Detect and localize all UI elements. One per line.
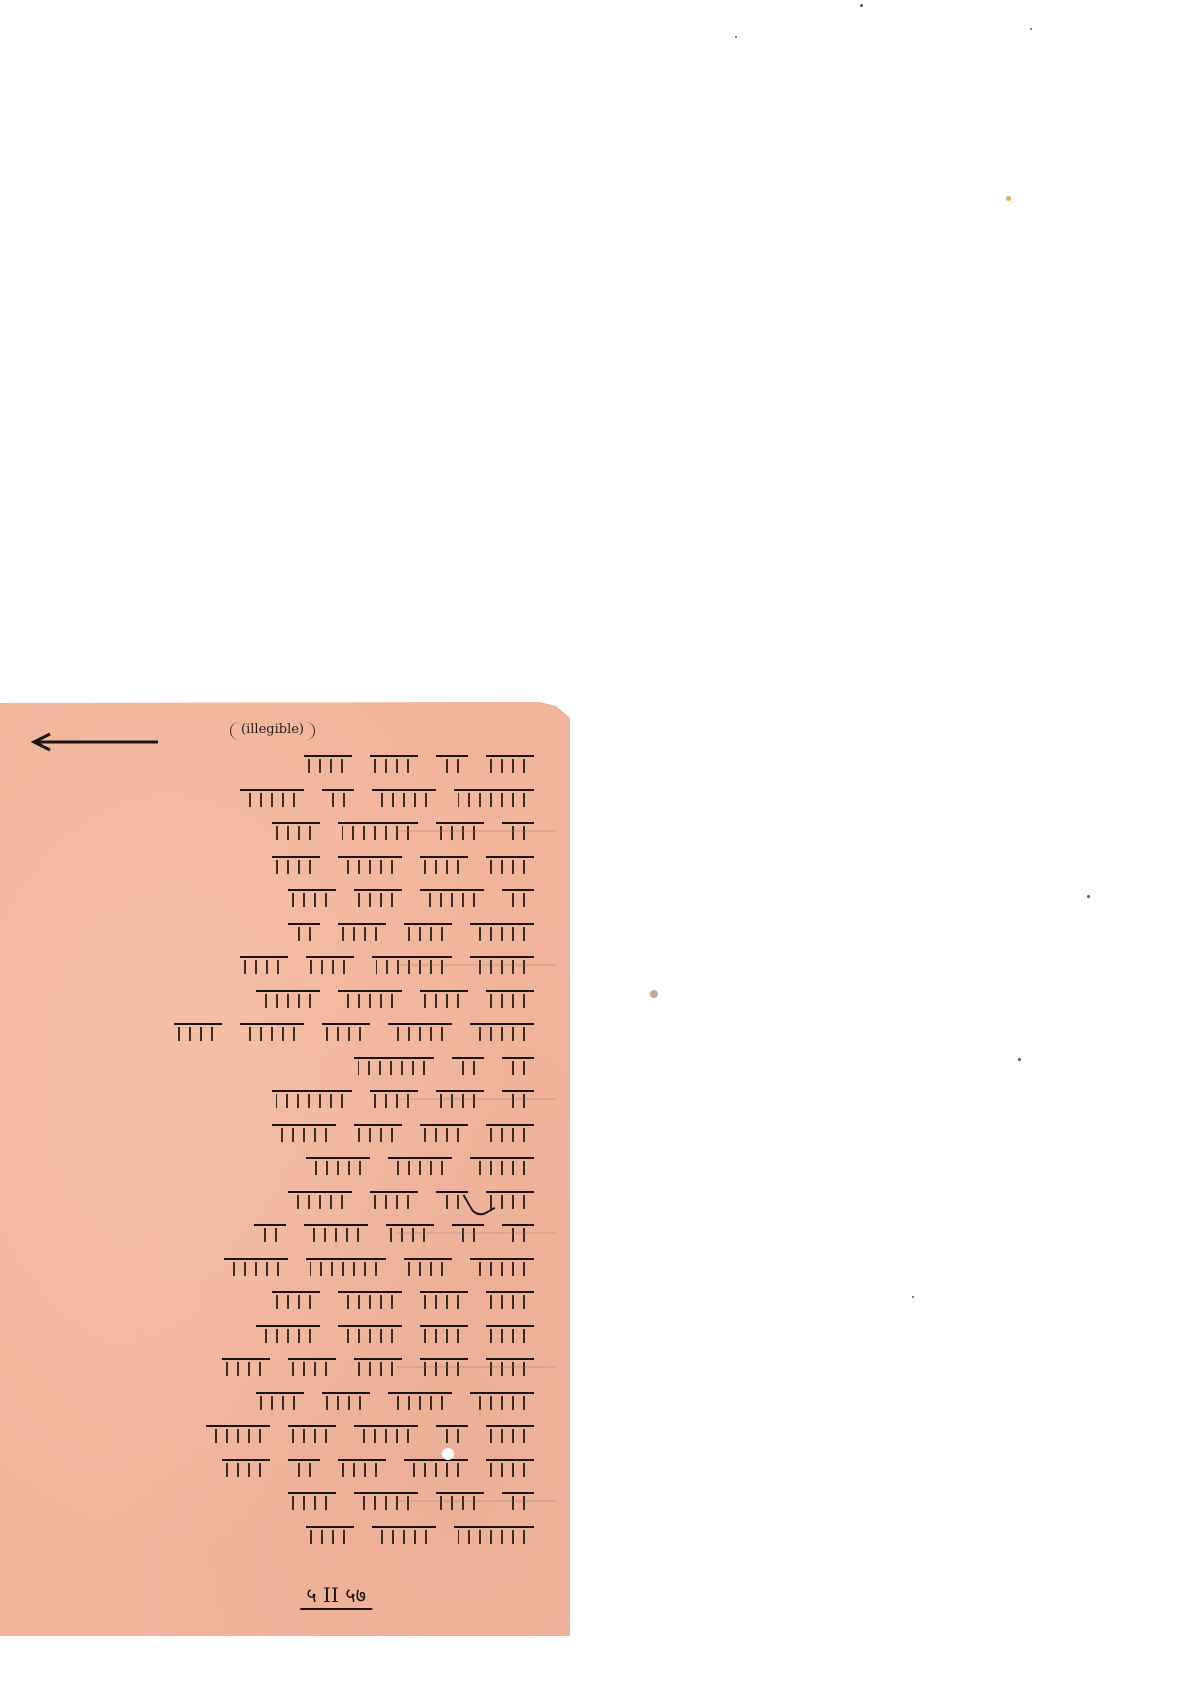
handwritten-word	[486, 1124, 534, 1144]
handwritten-word	[436, 1091, 484, 1111]
handwritten-word	[206, 1426, 270, 1446]
date-mark-text: ५ II ५७	[306, 1583, 366, 1607]
handwritten-word	[388, 1158, 452, 1178]
handwritten-word	[436, 823, 484, 843]
handwritten-word	[288, 923, 320, 943]
bleed-through-mark	[396, 1099, 556, 1101]
handwritten-word	[452, 1057, 484, 1077]
handwritten-word	[404, 1459, 468, 1479]
handwritten-line: handwritten line 6	[110, 1359, 534, 1389]
handwritten-word	[306, 1158, 370, 1178]
bracketed-note: (illegible)	[230, 722, 315, 740]
handwritten-word	[454, 789, 534, 809]
handwritten-line: handwritten line 20	[60, 890, 534, 920]
handwritten-word	[288, 1426, 336, 1446]
handwritten-word	[354, 1124, 402, 1144]
dust-speck	[650, 990, 658, 998]
handwritten-word	[486, 990, 534, 1010]
punch-hole	[442, 1448, 454, 1460]
bleed-through-mark	[396, 965, 556, 967]
handwritten-line: handwritten line 16	[90, 1024, 534, 1054]
handwritten-word	[452, 1225, 484, 1245]
handwritten-line: handwritten line 18	[110, 957, 534, 987]
bleed-through-mark	[396, 1233, 556, 1235]
handwritten-word	[322, 1024, 370, 1044]
handwritten-word	[486, 1325, 534, 1345]
handwritten-word	[338, 1459, 386, 1479]
handwritten-line: handwritten line 19	[90, 923, 534, 953]
handwritten-word	[372, 1526, 436, 1546]
handwritten-word	[354, 1359, 402, 1379]
handwritten-word	[174, 1024, 222, 1044]
handwritten-line: handwritten line 24	[110, 756, 534, 786]
bleed-through-mark	[396, 1367, 556, 1369]
handwritten-line: handwritten line 5	[60, 1392, 534, 1422]
handwritten-word	[288, 1493, 336, 1513]
handwritten-word	[470, 1024, 534, 1044]
handwritten-word	[470, 957, 534, 977]
handwritten-word	[502, 890, 534, 910]
handwritten-word	[420, 990, 468, 1010]
handwritten-word	[436, 756, 468, 776]
handwritten-word	[502, 1225, 534, 1245]
handwritten-word	[386, 1225, 434, 1245]
handwritten-word	[240, 957, 288, 977]
handwritten-word	[354, 1057, 434, 1077]
arrow-glyph: ←	[569, 1635, 570, 1636]
handwritten-word	[502, 1493, 534, 1513]
handwritten-word	[288, 1191, 352, 1211]
handwritten-line: handwritten line 17	[60, 990, 534, 1020]
handwritten-word	[254, 1225, 286, 1245]
handwritten-word	[338, 1292, 402, 1312]
handwritten-word	[388, 1392, 452, 1412]
handwritten-word	[470, 1258, 534, 1278]
handwritten-line: handwritten line 1	[90, 1526, 534, 1556]
dust-speck	[735, 36, 737, 38]
handwritten-word	[354, 1493, 418, 1513]
handwritten-word	[338, 856, 402, 876]
bracketed-note-text: (illegible)	[241, 722, 304, 737]
handwritten-word	[338, 990, 402, 1010]
dust-speck	[1018, 1058, 1021, 1061]
handwritten-word	[436, 1426, 468, 1446]
handwritten-word	[256, 1325, 320, 1345]
handwritten-word	[272, 856, 320, 876]
handwritten-word	[370, 1091, 418, 1111]
handwritten-word	[354, 890, 402, 910]
handwritten-word	[272, 1091, 352, 1111]
handwritten-word	[256, 1392, 304, 1412]
handwritten-word	[338, 823, 418, 843]
handwritten-word	[486, 1292, 534, 1312]
handwritten-word	[486, 856, 534, 876]
bleed-through-mark	[396, 831, 556, 833]
handwritten-word	[304, 756, 352, 776]
handwritten-word	[240, 789, 304, 809]
handwritten-word	[486, 756, 534, 776]
handwritten-line: handwritten line 12	[110, 1158, 534, 1188]
arrow-left-icon	[30, 732, 160, 752]
handwritten-line: handwritten line 15	[110, 1057, 534, 1087]
handwritten-word	[388, 1024, 452, 1044]
handwritten-word	[420, 1292, 468, 1312]
handwritten-word	[306, 957, 354, 977]
handwritten-line: handwritten line 23	[60, 789, 534, 819]
handwritten-line: handwritten line 22	[90, 823, 534, 853]
handwritten-line: handwritten line 10	[90, 1225, 534, 1255]
handwritten-body: ← (illegible) handwritten line 1handwrit…	[0, 702, 570, 1636]
handwritten-line: handwritten line 4	[90, 1426, 534, 1456]
handwritten-line: handwritten line 7	[90, 1325, 534, 1355]
handwritten-word	[272, 823, 320, 843]
handwritten-word	[306, 1258, 386, 1278]
handwritten-line: handwritten line 2	[60, 1493, 534, 1523]
handwritten-word	[304, 1225, 368, 1245]
date-mark: ५ II ५७	[300, 1581, 372, 1610]
handwritten-word	[454, 1526, 534, 1546]
handwritten-word	[470, 1158, 534, 1178]
handwritten-word	[370, 756, 418, 776]
dust-speck	[1006, 196, 1011, 201]
bleed-through-mark	[396, 1501, 556, 1503]
handwritten-word	[256, 990, 320, 1010]
dust-speck	[860, 4, 863, 7]
handwritten-word	[240, 1024, 304, 1044]
handwritten-word	[306, 1526, 354, 1546]
handwritten-word	[222, 1459, 270, 1479]
handwritten-word	[370, 1191, 418, 1211]
handwritten-word	[372, 789, 436, 809]
handwritten-word	[354, 1426, 418, 1446]
handwritten-word	[288, 1459, 320, 1479]
handwritten-word	[486, 1359, 534, 1379]
handwritten-word	[420, 1359, 468, 1379]
handwritten-word	[486, 1426, 534, 1446]
handwritten-line: handwritten line 8	[60, 1292, 534, 1322]
handwritten-word	[502, 1057, 534, 1077]
dust-speck	[912, 1296, 914, 1298]
handwritten-word	[322, 1392, 370, 1412]
handwritten-word	[436, 1493, 484, 1513]
handwritten-word	[272, 1292, 320, 1312]
handwritten-word	[224, 1258, 288, 1278]
dust-speck	[1030, 28, 1032, 30]
handwritten-word	[222, 1359, 270, 1379]
handwritten-line: handwritten line 3	[110, 1459, 534, 1489]
handwritten-word	[470, 1392, 534, 1412]
handwritten-word	[420, 856, 468, 876]
handwritten-word	[420, 1124, 468, 1144]
handwritten-word	[338, 923, 386, 943]
handwritten-word	[322, 789, 354, 809]
handwritten-word	[288, 1359, 336, 1379]
handwritten-word	[272, 1124, 336, 1144]
handwritten-word	[486, 1459, 534, 1479]
dust-speck	[1087, 895, 1090, 898]
handwritten-word	[420, 890, 484, 910]
handwritten-line: handwritten line 9	[110, 1258, 534, 1288]
handwritten-word	[502, 1091, 534, 1111]
handwritten-line: handwritten line 13	[90, 1124, 534, 1154]
handwritten-word	[288, 890, 336, 910]
handwritten-word	[502, 823, 534, 843]
handwritten-word	[420, 1325, 468, 1345]
handwritten-line: handwritten line 14	[60, 1091, 534, 1121]
handwritten-word	[338, 1325, 402, 1345]
handwritten-word	[470, 923, 534, 943]
handwritten-word	[404, 923, 452, 943]
handwritten-word	[372, 957, 452, 977]
handwritten-line: handwritten line 21	[110, 856, 534, 886]
letter-sheet: ← (illegible) handwritten line 1handwrit…	[0, 702, 570, 1636]
handwritten-word	[404, 1258, 452, 1278]
